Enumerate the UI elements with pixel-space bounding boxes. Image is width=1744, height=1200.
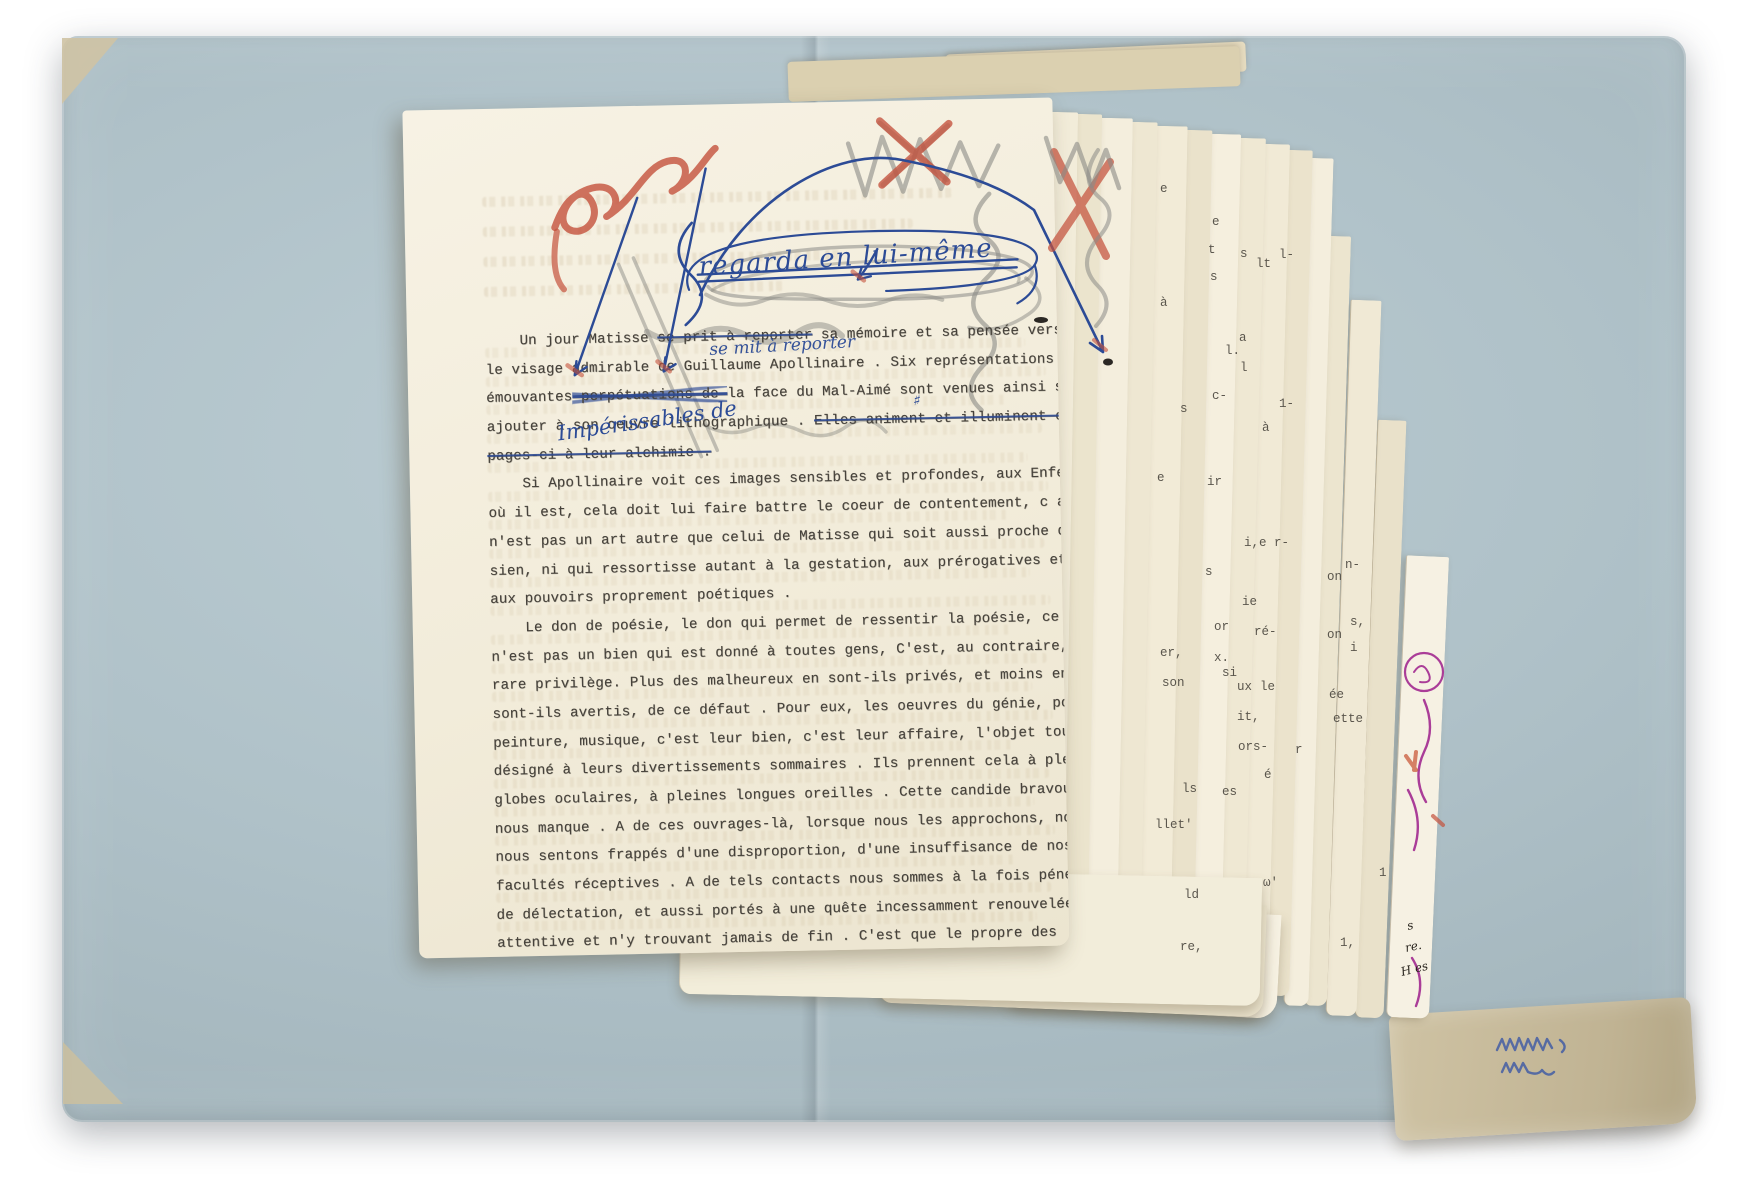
page-edge-text-fragment: ux	[1237, 680, 1252, 694]
red-arrow-accents	[566, 271, 866, 375]
page-edge-text-fragment: si	[1222, 666, 1237, 680]
page-edge-text-fragment: é	[1264, 768, 1272, 782]
page-edge-text-fragment: 1	[1379, 866, 1387, 880]
page-edge-text-fragment: ls	[1182, 782, 1197, 796]
photograph: eetssltl-àal.lc-1-sàeiri,er-sieorré-er,x…	[0, 0, 1744, 1200]
page-edge-text-fragment: a	[1239, 331, 1247, 345]
manuscript-page: Un jour Matisse se prit à reporter sa mé…	[402, 98, 1069, 959]
page-edge-text-fragment: on	[1327, 628, 1342, 642]
page-edge-text-fragment: it,	[1237, 710, 1260, 724]
page-edge-text-fragment: c-	[1212, 389, 1227, 403]
page-edge-text-fragment: or	[1214, 620, 1229, 634]
page-edge-text-fragment: ré-	[1254, 625, 1277, 639]
page-edge-text-fragment: ée	[1329, 688, 1344, 702]
page-edge-text-fragment: à	[1262, 421, 1270, 435]
page-edge-text-fragment: l.	[1225, 344, 1240, 358]
page-edge-text-fragment: ie	[1242, 595, 1257, 609]
page-edge-text-fragment: on	[1327, 570, 1342, 584]
page-edge-text-fragment: ors-	[1238, 740, 1268, 754]
page-edge-text-fragment: 1-	[1279, 397, 1294, 411]
page-edge-text-fragment: er,	[1160, 646, 1183, 660]
page-edge-text-fragment: e	[1160, 182, 1168, 196]
page-edge-text-fragment: e	[1157, 471, 1165, 485]
page-edge-text-fragment: s,	[1350, 615, 1365, 629]
page-edge-text-fragment: s	[1210, 270, 1218, 284]
page-edge-text-fragment: e	[1212, 215, 1220, 229]
folder-backing-corner-bottomright	[1388, 997, 1697, 1141]
page-edge-text-fragment: à	[1160, 296, 1168, 310]
page-edge-text-fragment: r-	[1274, 536, 1289, 550]
page-edge-text-fragment: s	[1180, 402, 1188, 416]
page-edge-text-fragment: l-	[1279, 248, 1294, 262]
page-edge-text-fragment: lt	[1256, 257, 1271, 271]
page-edge-text-fragment: ω'	[1263, 876, 1278, 890]
page-edge-text-fragment: 1,	[1340, 936, 1355, 950]
page-edge-text-fragment: s	[1205, 565, 1213, 579]
page-edge-text-fragment: n-	[1345, 558, 1360, 572]
page-edge-text-fragment: s	[1240, 247, 1248, 261]
page-edge-text-fragment: l	[1240, 361, 1248, 375]
page-edge-text-fragment: r	[1295, 743, 1303, 757]
page-edge-text-fragment: son	[1162, 676, 1185, 690]
page-edge-text-fragment: es	[1222, 785, 1237, 799]
page-edge-text-fragment: ette	[1333, 712, 1363, 726]
page-edge-text-fragment: x.	[1214, 651, 1229, 665]
page-edge-text-fragment: i	[1350, 641, 1358, 655]
page-edge-text-fragment: t	[1208, 243, 1216, 257]
page-edge-text-fragment: ir	[1207, 475, 1222, 489]
page-edge-text-fragment: le	[1260, 680, 1275, 694]
page-edge-text-fragment: re,	[1180, 940, 1203, 954]
page-edge-text-fragment: i,e	[1244, 536, 1267, 550]
page-edge-text-fragment: llet'	[1155, 818, 1193, 832]
ink-annotations	[402, 98, 1069, 959]
red-crayon-scrawl	[553, 148, 717, 231]
blue-arrow-left	[571, 198, 641, 375]
page-edge-text-fragment: ld	[1184, 888, 1199, 902]
red-x-mark	[880, 120, 950, 185]
